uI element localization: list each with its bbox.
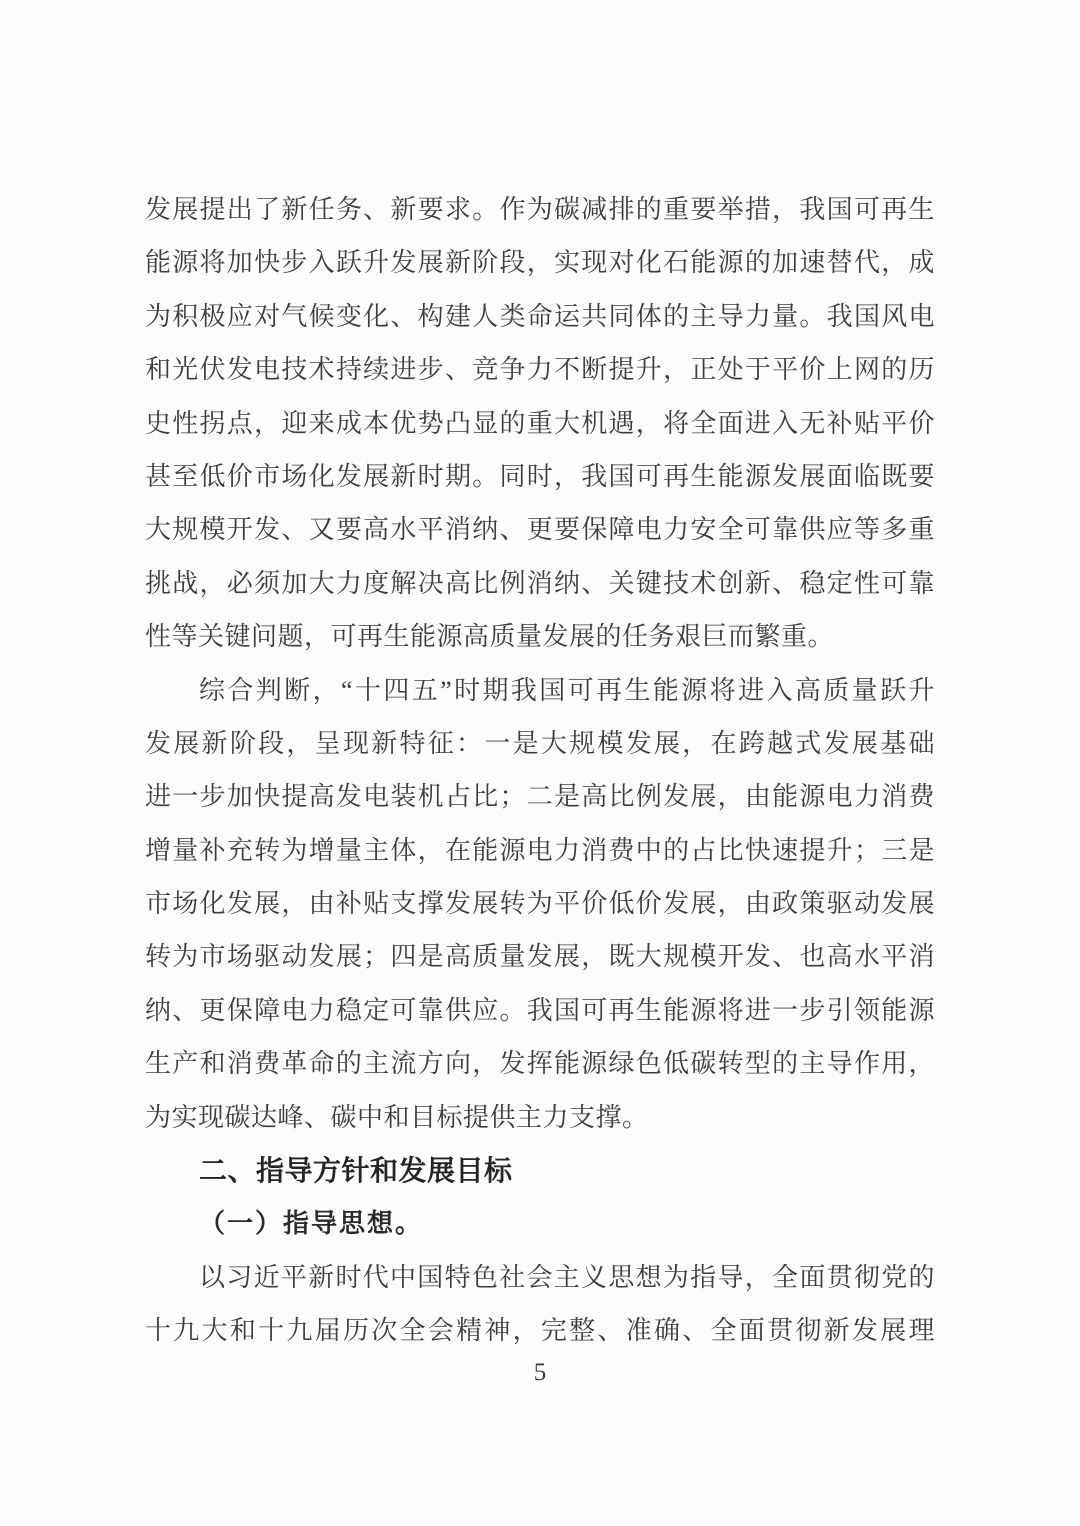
paragraph-line: 能源将加快步入跃升发展新阶段，实现对化石能源的加速替代，成 [145, 236, 935, 289]
paragraph-line: 大规模开发、又要高水平消纳、更要保障电力安全可靠供应等多重 [145, 503, 935, 556]
paragraph-line: 发展新阶段，呈现新特征：一是大规模发展，在跨越式发展基础上， [145, 717, 935, 770]
paragraph-line: 为积极应对气候变化、构建人类命运共同体的主导力量。我国风电 [145, 290, 935, 343]
paragraph-line: 市场化发展，由补贴支撑发展转为平价低价发展，由政策驱动发展 [145, 877, 935, 930]
paragraph-line: 发展提出了新任务、新要求。作为碳减排的重要举措，我国可再生 [145, 183, 935, 236]
paragraph-line: 甚至低价市场化发展新时期。同时，我国可再生能源发展面临既要 [145, 450, 935, 503]
document-page: 发展提出了新任务、新要求。作为碳减排的重要举措，我国可再生 能源将加快步入跃升发… [0, 0, 1080, 1526]
section-heading: 二、指导方针和发展目标 [145, 1144, 935, 1197]
paragraph-line: 挑战，必须加大力度解决高比例消纳、关键技术创新、稳定性可靠 [145, 557, 935, 610]
paragraph-line: 十九大和十九届历次全会精神，完整、准确、全面贯彻新发展理念， [145, 1304, 935, 1357]
paragraph-line: 性等关键问题，可再生能源高质量发展的任务艰巨而繁重。 [145, 610, 935, 663]
paragraph-line: 和光伏发电技术持续进步、竞争力不断提升，正处于平价上网的历 [145, 343, 935, 396]
page-number: 5 [0, 1352, 1080, 1394]
paragraph-line: 进一步加快提高发电装机占比；二是高比例发展，由能源电力消费 [145, 770, 935, 823]
paragraph-line: 生产和消费革命的主流方向，发挥能源绿色低碳转型的主导作用， [145, 1037, 935, 1090]
paragraph-line: 增量补充转为增量主体，在能源电力消费中的占比快速提升；三是 [145, 824, 935, 877]
paragraph-line: 史性拐点，迎来成本优势凸显的重大机遇，将全面进入无补贴平价 [145, 397, 935, 450]
paragraph-line: 为实现碳达峰、碳中和目标提供主力支撑。 [145, 1091, 935, 1144]
paragraph-line: 转为市场驱动发展；四是高质量发展，既大规模开发、也高水平消 [145, 930, 935, 983]
text-block: 发展提出了新任务、新要求。作为碳减排的重要举措，我国可再生 能源将加快步入跃升发… [145, 183, 935, 1358]
paragraph-line: 以习近平新时代中国特色社会主义思想为指导，全面贯彻党的 [145, 1251, 935, 1304]
subsection-heading: （一）指导思想。 [145, 1197, 935, 1250]
paragraph-line: 综合判断，“十四五”时期我国可再生能源将进入高质量跃升 [145, 664, 935, 717]
paragraph-line: 纳、更保障电力稳定可靠供应。我国可再生能源将进一步引领能源 [145, 984, 935, 1037]
